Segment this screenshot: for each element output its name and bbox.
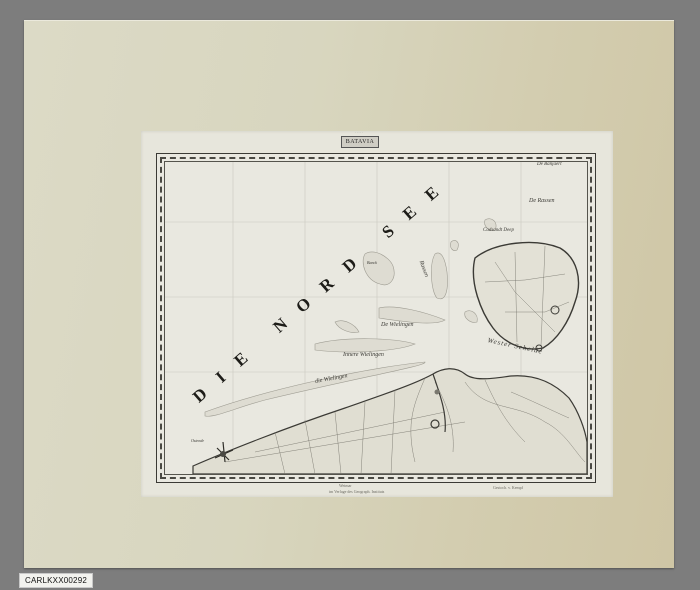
cartouche-subtitle: · · · · ·	[337, 131, 381, 135]
sea-label: DIE NORD SEE	[189, 171, 456, 407]
map-print: · · · · · BATAVIA	[141, 131, 613, 497]
ostende-town	[215, 442, 233, 462]
catalog-id-label: CARLKXX00292	[19, 573, 93, 588]
credit-left-line2: im Verlage des Geograph. Instituts	[329, 489, 384, 494]
sandbanks	[205, 219, 496, 417]
label-zandkreek: Cadsandt Deep	[483, 228, 514, 233]
mat-board: · · · · · BATAVIA	[24, 20, 674, 568]
label-de-rassen: De Rassen	[529, 198, 555, 204]
label-de-wielingen: De Wielingen	[381, 322, 414, 328]
label-ostende: Ostende	[191, 438, 204, 443]
graticule	[165, 162, 587, 474]
label-binnen-wielingen: Innere Wielingen	[343, 352, 384, 358]
flanders-mainland	[193, 369, 587, 474]
label-die-wielingen-coast: die Wielingen	[315, 373, 348, 385]
label-rassen-sand: Rassen	[418, 260, 429, 278]
label-banck: Banck	[367, 260, 377, 265]
map-cartouche: BATAVIA	[341, 136, 379, 148]
map-frame: DIE NORD SEE De Banjaert De Rassen Cadsa…	[156, 153, 596, 483]
credit-right: Gestoch. v. Kempf	[493, 485, 523, 490]
map-drawing	[165, 162, 587, 474]
walcheren-island	[473, 243, 578, 349]
credit-left-line1: Weimar	[339, 483, 352, 488]
label-de-banjaert: De Banjaert	[537, 162, 562, 167]
label-westerschelde: Wester Schelde	[487, 336, 544, 356]
